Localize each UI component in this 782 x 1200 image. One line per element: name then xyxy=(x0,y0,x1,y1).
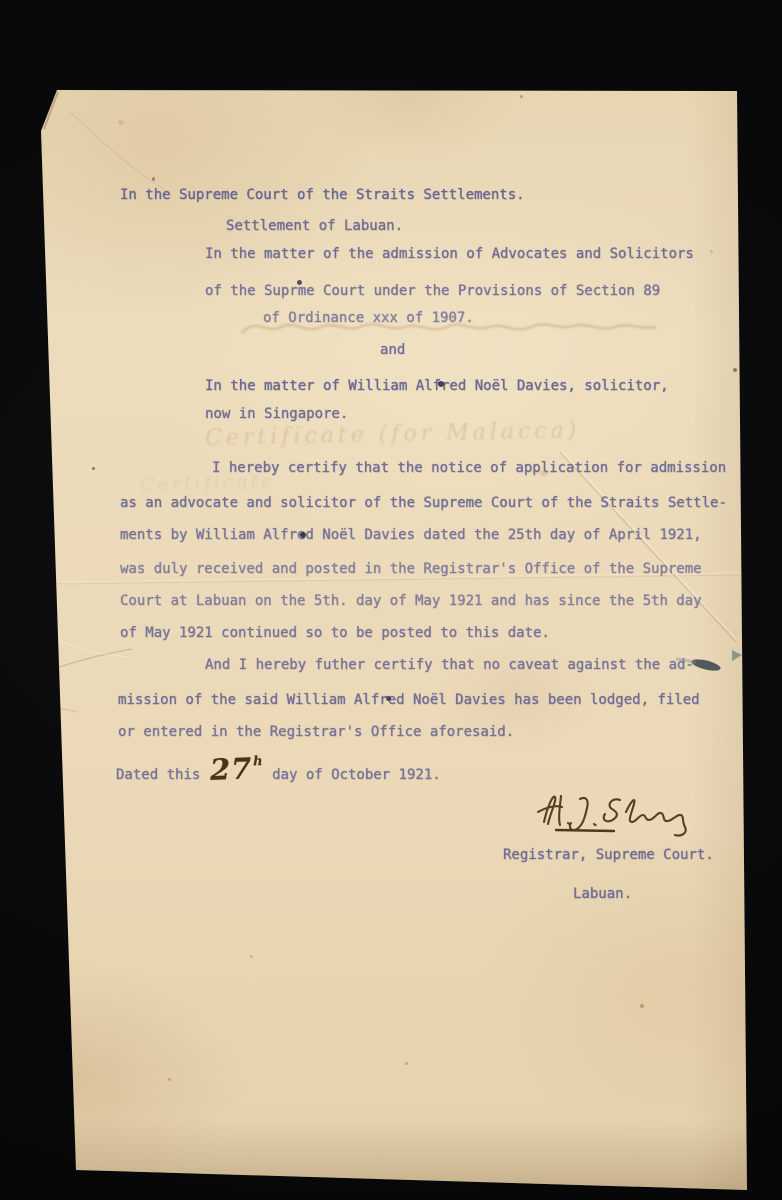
signoff-labuan-line: Labuan. xyxy=(573,884,632,904)
registrar-signature xyxy=(532,784,697,838)
photo-black-mat: Certificate (for Malacca) Certificate In… xyxy=(0,0,782,1200)
matter-admission-line-1: In the matter of the admission of Advoca… xyxy=(205,244,694,264)
caveat-line-1: And I hereby futher certify that no cave… xyxy=(205,655,694,675)
paper-speck xyxy=(733,368,737,372)
foxing-spot xyxy=(405,1062,408,1065)
dated-suffix: day of October 1921. xyxy=(272,765,441,785)
conjunction-and: and xyxy=(380,340,405,360)
certify-line-5: Court at Labuan on the 5th. day of May 1… xyxy=(120,591,702,611)
handwritten-day-number: 27h xyxy=(210,751,263,787)
handwritten-day-superscript: h xyxy=(253,754,263,769)
certify-line-4: was duly received and posted in the Regi… xyxy=(120,559,702,579)
caveat-line-2: mission of the said William Alfred Noël … xyxy=(118,690,700,710)
certify-line-6: of May 1921 continued so to be posted to… xyxy=(120,623,550,643)
stray-type-mark xyxy=(92,467,95,470)
settlement-line: Settlement of Labuan. xyxy=(226,216,403,236)
matter-admission-line-3: of Ordinance xxx of 1907. xyxy=(263,308,474,328)
foxing-spot xyxy=(250,955,253,958)
caveat-line-3: or entered in the Registrar's Office afo… xyxy=(118,722,514,742)
certify-line-1: I hereby certify that the notice of appl… xyxy=(212,458,726,478)
foxing-spot xyxy=(710,250,713,253)
foxing-spot xyxy=(168,1078,171,1081)
paper-speck xyxy=(152,177,155,181)
matter-davies-line-1: In the matter of William Alfred Noël Dav… xyxy=(205,376,669,396)
foxing-spot xyxy=(118,120,124,125)
dated-line: Dated this 27h day of October 1921. xyxy=(116,752,441,786)
matter-davies-line-2: now in Singapore. xyxy=(205,404,348,424)
court-title-line: In the Supreme Court of the Straits Sett… xyxy=(120,185,525,205)
foxing-spot xyxy=(520,95,523,98)
dated-prefix: Dated this xyxy=(116,765,200,785)
signoff-registrar-line: Registrar, Supreme Court. xyxy=(503,845,714,865)
certify-line-3: ments by William Alfred Noël Davies date… xyxy=(120,525,702,545)
foxing-spot xyxy=(640,1004,644,1008)
matter-admission-line-2: of the Suprme Court under the Provisions… xyxy=(205,281,660,301)
certify-line-2: as an advocate and solicitor of the Supr… xyxy=(120,493,727,513)
document-page: Certificate (for Malacca) Certificate In… xyxy=(0,0,782,1200)
